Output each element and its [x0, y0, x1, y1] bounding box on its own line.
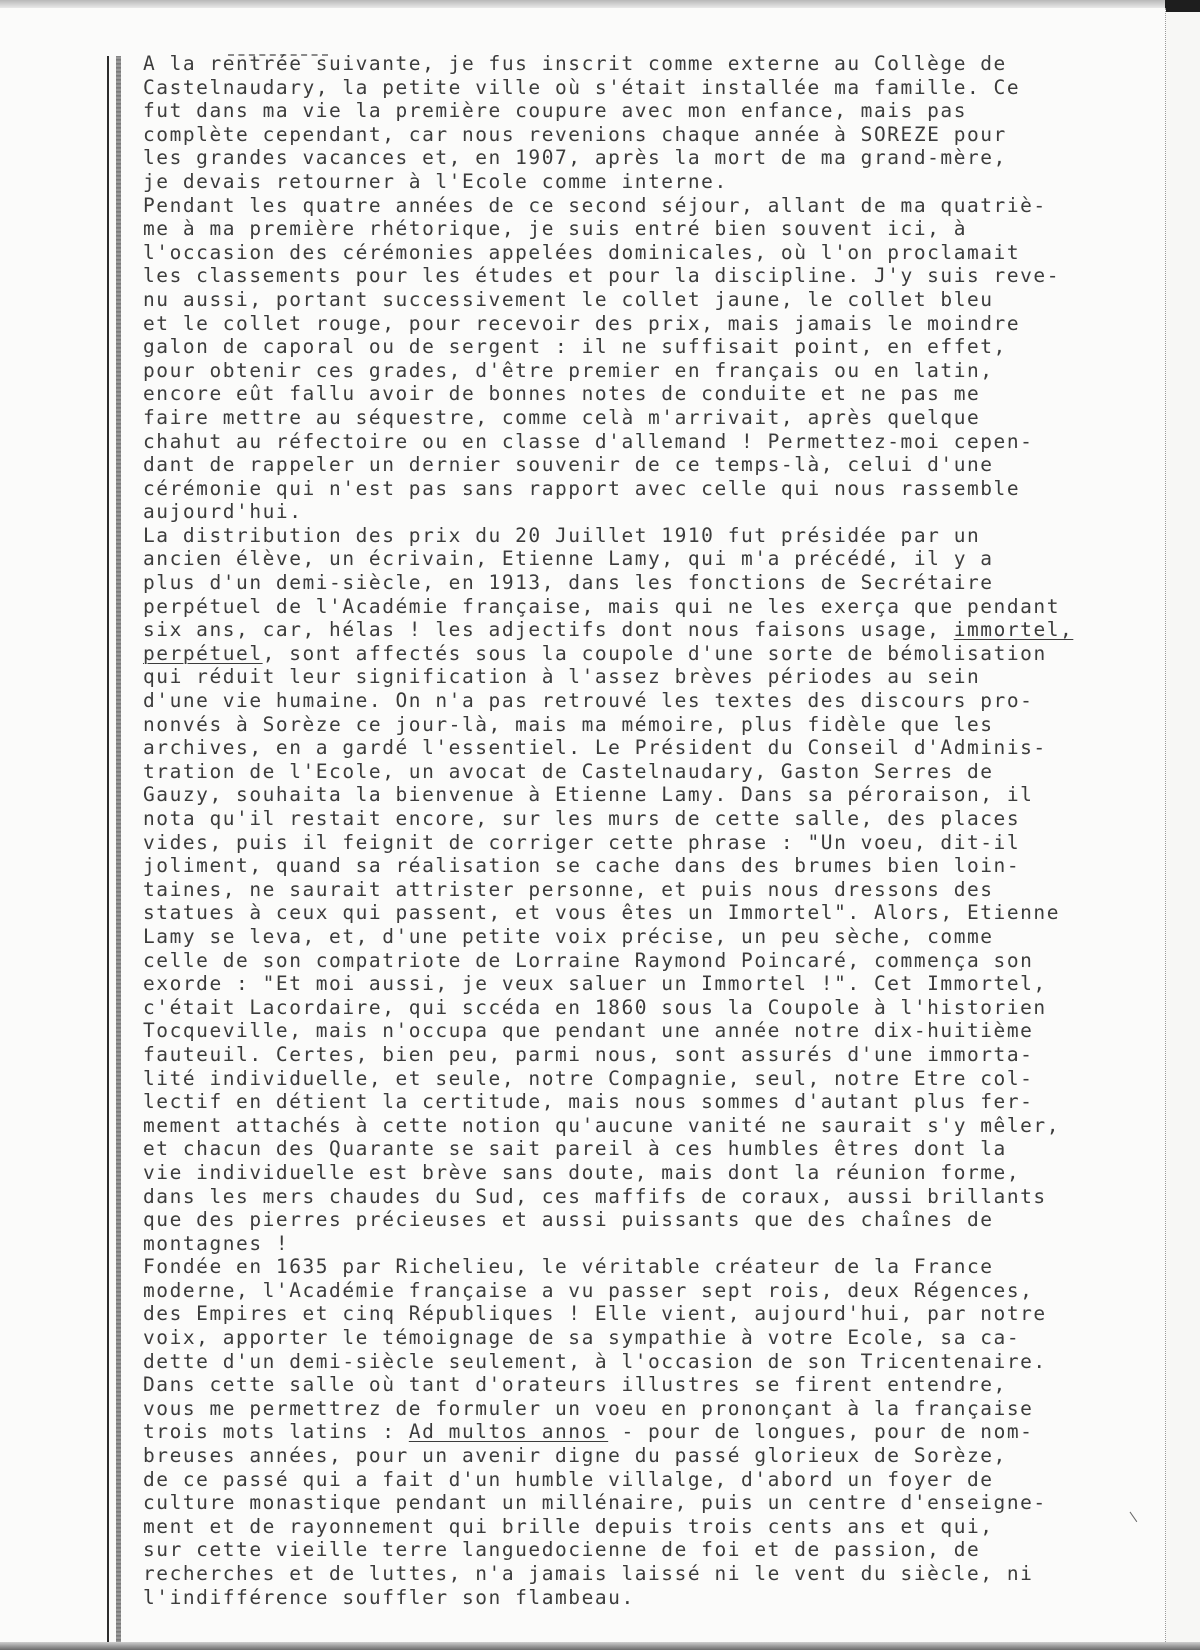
- text-line: cérémonie qui n'est pas sans rapport ave…: [143, 477, 1143, 501]
- text-line: les grandes vacances et, en 1907, après …: [143, 146, 1143, 170]
- text-line: breuses années, pour un avenir digne du …: [143, 1444, 1143, 1468]
- text-line: que des pierres précieuses et aussi puis…: [143, 1208, 1143, 1232]
- text-line: perpétuel de l'Académie française, mais …: [143, 595, 1143, 619]
- text-line: Dans cette salle où tant d'orateurs illu…: [143, 1373, 1143, 1397]
- text-line: perpétuel, sont affectés sous la coupole…: [143, 642, 1143, 666]
- text-line: tration de l'Ecole, un avocat de Casteln…: [143, 760, 1143, 784]
- text-line: Lamy se leva, et, d'une petite voix préc…: [143, 925, 1143, 949]
- text-line: des Empires et cinq Républiques ! Elle v…: [143, 1302, 1143, 1326]
- text-line: dant de rappeler un dernier souvenir de …: [143, 453, 1143, 477]
- text-line: joliment, quand sa réalisation se cache …: [143, 854, 1143, 878]
- text-line: vous me permettrez de formuler un voeu e…: [143, 1397, 1143, 1421]
- scan-corner-shadow: [1165, 0, 1200, 12]
- text-line: lectif en détient la certitude, mais nou…: [143, 1090, 1143, 1114]
- text-line: fauteuil. Certes, bien peu, parmi nous, …: [143, 1043, 1143, 1067]
- text-line: vides, puis il feignit de corriger cette…: [143, 831, 1143, 855]
- margin-rule-outer: [107, 56, 109, 1650]
- text-line: plus d'un demi-siècle, en 1913, dans les…: [143, 571, 1143, 595]
- text-line: vie individuelle est brève sans doute, m…: [143, 1161, 1143, 1185]
- text-line: me à ma première rhétorique, je suis ent…: [143, 217, 1143, 241]
- text-line: mement attachés à cette notion qu'aucune…: [143, 1114, 1143, 1138]
- text-line: de ce passé qui a fait d'un humble villa…: [143, 1468, 1143, 1492]
- text-line: exorde : "Et moi aussi, je veux saluer u…: [143, 972, 1143, 996]
- text-line: galon de caporal ou de sergent : il ne s…: [143, 335, 1143, 359]
- text-line: nu aussi, portant successivement le coll…: [143, 288, 1143, 312]
- text-line: Gauzy, souhaita la bienvenue à Etienne L…: [143, 783, 1143, 807]
- text-line: celle de son compatriote de Lorraine Ray…: [143, 949, 1143, 973]
- text-line: et chacun des Quarante se sait pareil à …: [143, 1137, 1143, 1161]
- text-line: Tocqueville, mais n'occupa que pendant u…: [143, 1019, 1143, 1043]
- text-line: dans les mers chaudes du Sud, ces maffif…: [143, 1185, 1143, 1209]
- text-line: dette d'un demi-siècle seulement, à l'oc…: [143, 1350, 1143, 1374]
- document-page: A la rentrée suivante, je fus inscrit co…: [0, 8, 1166, 1642]
- text-line: et le collet rouge, pour recevoir des pr…: [143, 312, 1143, 336]
- text-line: chahut au réfectoire ou en classe d'alle…: [143, 430, 1143, 454]
- text-line: d'une vie humaine. On n'a pas retrouvé l…: [143, 689, 1143, 713]
- text-line: six ans, car, hélas ! les adjectifs dont…: [143, 618, 1143, 642]
- text-line: ancien élève, un écrivain, Etienne Lamy,…: [143, 547, 1143, 571]
- text-line: faire mettre au séquestre, comme celà m'…: [143, 406, 1143, 430]
- text-line: l'occasion des cérémonies appelées domin…: [143, 241, 1143, 265]
- text-line: encore eût fallu avoir de bonnes notes d…: [143, 382, 1143, 406]
- scan-top-edge: [0, 0, 1200, 8]
- underlined-word: perpétuel: [143, 642, 263, 665]
- text-line: moderne, l'Académie française a vu passe…: [143, 1279, 1143, 1303]
- text-line: nonvés à Sorèze ce jour-là, mais ma mémo…: [143, 713, 1143, 737]
- text-line: sur cette vieille terre languedocienne d…: [143, 1538, 1143, 1562]
- underlined-word: immortel,: [954, 618, 1074, 641]
- text-line: trois mots latins : Ad multos annos - po…: [143, 1420, 1143, 1444]
- text-line: Castelnaudary, la petite ville où s'étai…: [143, 76, 1143, 100]
- text-line: recherches et de luttes, n'a jamais lais…: [143, 1562, 1143, 1586]
- text-line: Pendant les quatre années de ce second s…: [143, 194, 1143, 218]
- text-line: statues à ceux qui passent, et vous êtes…: [143, 901, 1143, 925]
- text-line: archives, en a gardé l'essentiel. Le Pré…: [143, 736, 1143, 760]
- text-line: qui réduit leur signification à l'assez …: [143, 665, 1143, 689]
- text-line: taines, ne saurait attrister personne, e…: [143, 878, 1143, 902]
- text-line: culture monastique pendant un millénaire…: [143, 1491, 1143, 1515]
- text-line: voix, apporter le témoignage de sa sympa…: [143, 1326, 1143, 1350]
- text-line: lité individuelle, et seule, notre Compa…: [143, 1067, 1143, 1091]
- text-line: nota qu'il restait encore, sur les murs …: [143, 807, 1143, 831]
- underlined-latin-phrase: Ad multos annos: [409, 1420, 608, 1443]
- text-line: aujourd'hui.: [143, 500, 1143, 524]
- text-line: A la rentrée suivante, je fus inscrit co…: [143, 52, 1143, 76]
- text-line: La distribution des prix du 20 Juillet 1…: [143, 524, 1143, 548]
- text-line: je devais retourner à l'Ecole comme inte…: [143, 170, 1143, 194]
- text-line: les classements pour les études et pour …: [143, 264, 1143, 288]
- text-line: montagnes !: [143, 1232, 1143, 1256]
- text-line: Fondée en 1635 par Richelieu, le véritab…: [143, 1255, 1143, 1279]
- scan-bottom-edge: [0, 1642, 1200, 1650]
- document-body: A la rentrée suivante, je fus inscrit co…: [143, 52, 1143, 1609]
- text-line: complète cependant, car nous revenions c…: [143, 123, 1143, 147]
- margin-rule-inner: [116, 56, 121, 1650]
- text-line: l'indifférence souffler son flambeau.: [143, 1586, 1143, 1610]
- text-line: fut dans ma vie la première coupure avec…: [143, 99, 1143, 123]
- text-line: pour obtenir ces grades, d'être premier …: [143, 359, 1143, 383]
- text-line: ment et de rayonnement qui brille depuis…: [143, 1515, 1143, 1539]
- text-line: c'était Lacordaire, qui sccéda en 1860 s…: [143, 996, 1143, 1020]
